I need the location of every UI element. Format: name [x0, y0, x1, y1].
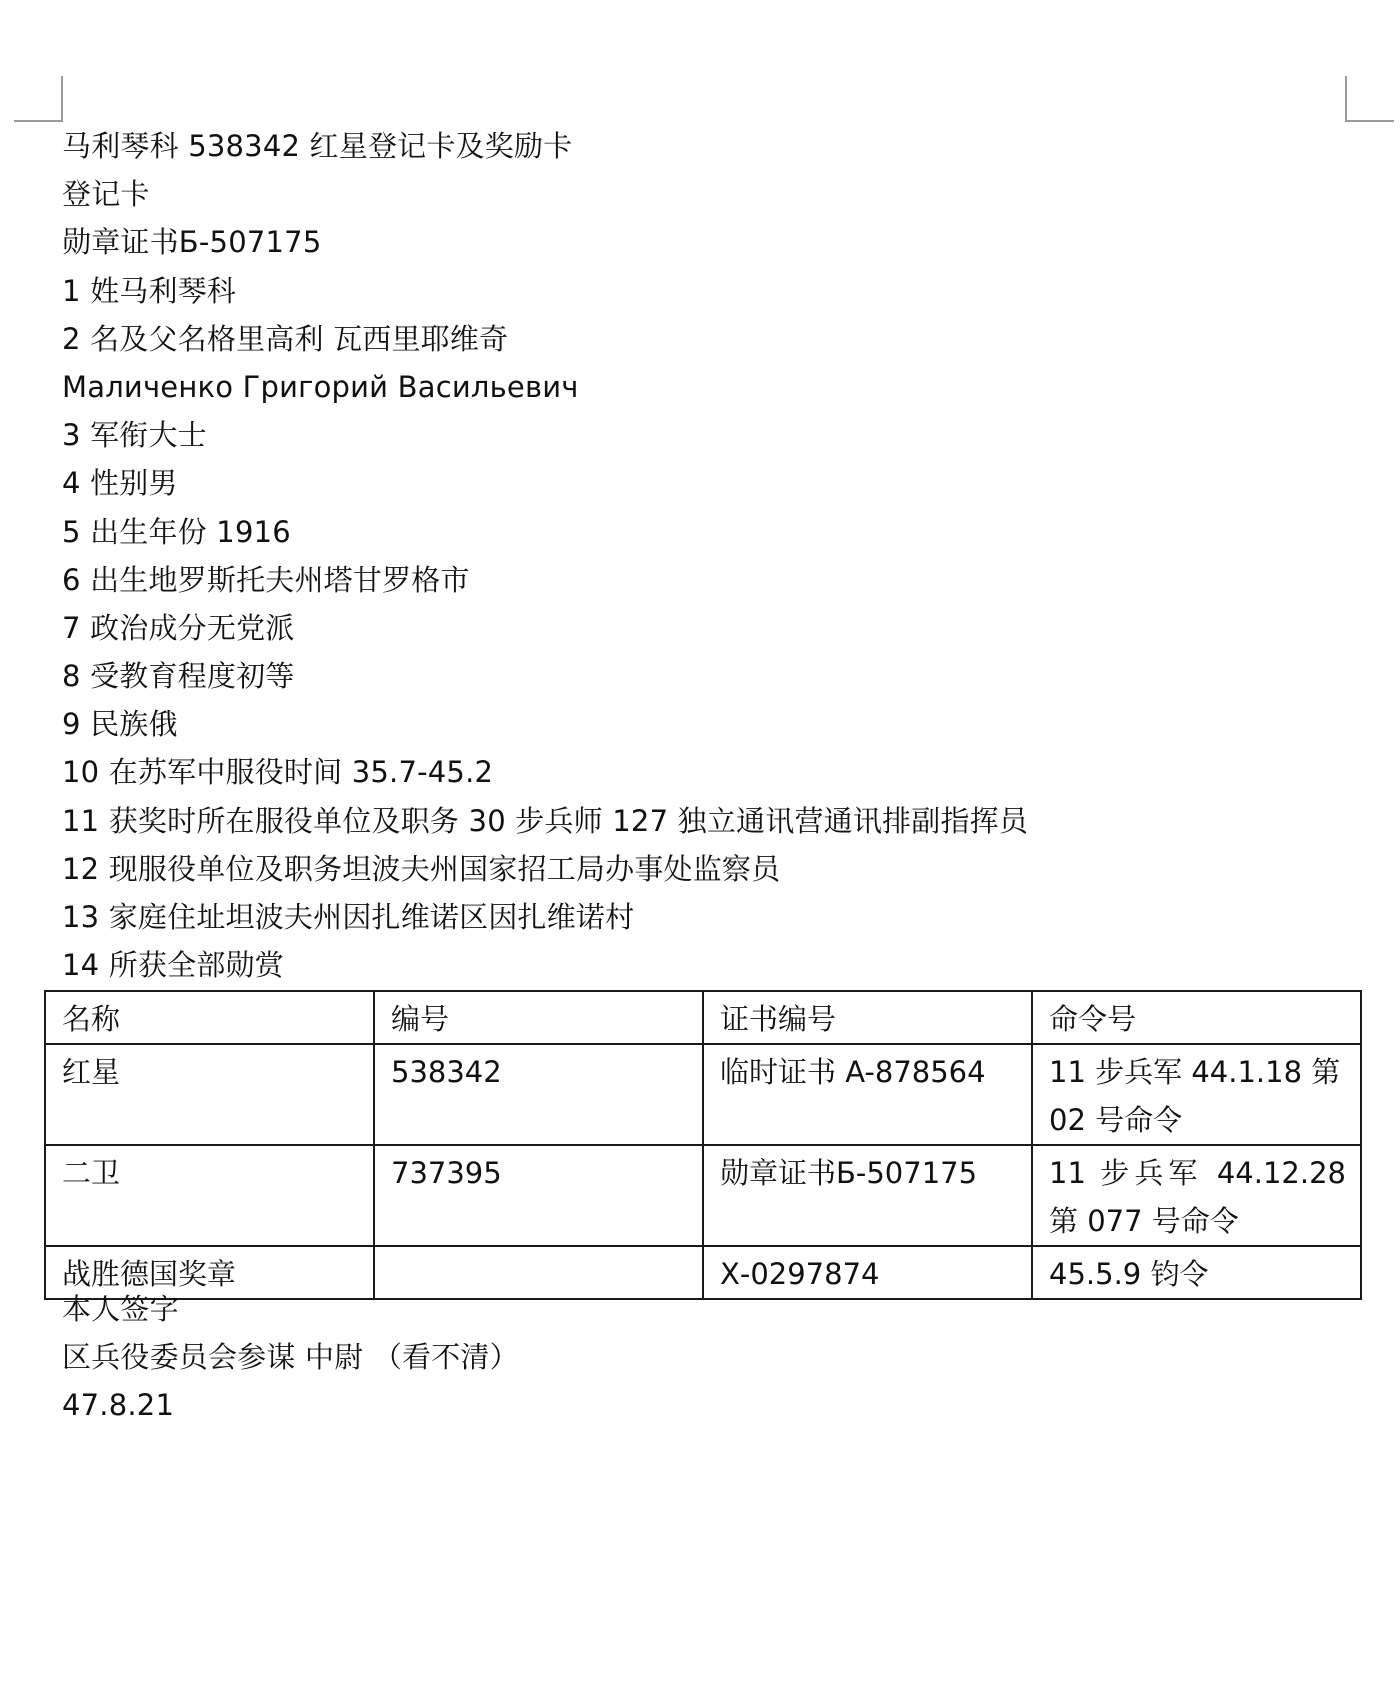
signing-date: 47.8.21 — [62, 1381, 519, 1429]
cell-order: 11 步兵军 44.1.18 第 02 号命令 — [1032, 1044, 1361, 1145]
cell-award-number: 538342 — [374, 1044, 703, 1145]
cell-award-name: 红星 — [45, 1044, 374, 1145]
field-name-russian: Маличенко Григорий Васильевич — [62, 363, 1028, 411]
column-header-certificate: 证书编号 — [703, 991, 1032, 1044]
field-service-period: 10 在苏军中服役时间 35.7-45.2 — [62, 748, 1028, 796]
field-home-address: 13 家庭住址坦波夫州因扎维诺区因扎维诺村 — [62, 893, 1028, 941]
cell-certificate: 临时证书 A-878564 — [703, 1044, 1032, 1145]
cell-order: 11 步兵军 44.12.28 第 077 号命令 — [1032, 1145, 1361, 1246]
field-rank: 3 军衔大士 — [62, 411, 1028, 459]
document-title: 马利琴科 538342 红星登记卡及奖励卡 — [62, 122, 1028, 170]
signing-officer: 区兵役委员会参谋 中尉 （看不清） — [62, 1333, 519, 1381]
field-gender: 4 性别男 — [62, 459, 1028, 507]
signature-label: 本人签字 — [62, 1285, 519, 1333]
cell-award-name: 二卫 — [45, 1145, 374, 1246]
field-surname: 1 姓马利琴科 — [62, 267, 1028, 315]
column-header-order: 命令号 — [1032, 991, 1361, 1044]
certificate-number: 勋章证书Б-507175 — [62, 218, 1028, 266]
page-corner-mark-top-left — [14, 76, 63, 122]
field-all-awards: 14 所获全部勋赏 — [62, 941, 1028, 989]
field-unit-at-award: 11 获奖时所在服役单位及职务 30 步兵师 127 独立通讯营通讯排副指挥员 — [62, 797, 1028, 845]
cell-award-number: 737395 — [374, 1145, 703, 1246]
cell-certificate: Х-0297874 — [703, 1246, 1032, 1299]
field-nationality: 9 民族俄 — [62, 700, 1028, 748]
table-row: 二卫 737395 勋章证书Б-507175 11 步兵军 44.12.28 第… — [45, 1145, 1361, 1246]
field-birth-year: 5 出生年份 1916 — [62, 508, 1028, 556]
page-corner-mark-top-right — [1345, 76, 1394, 122]
document-body: 马利琴科 538342 红星登记卡及奖励卡 登记卡 勋章证书Б-507175 1… — [62, 122, 1028, 989]
document-footer: 本人签字 区兵役委员会参谋 中尉 （看不清） 47.8.21 — [62, 1285, 519, 1430]
table-row: 红星 538342 临时证书 A-878564 11 步兵军 44.1.18 第… — [45, 1044, 1361, 1145]
cell-order: 45.5.9 钧令 — [1032, 1246, 1361, 1299]
awards-table: 名称 编号 证书编号 命令号 红星 538342 临时证书 A-878564 1… — [44, 990, 1362, 1300]
table-header-row: 名称 编号 证书编号 命令号 — [45, 991, 1361, 1044]
field-name-patronymic: 2 名及父名格里高利 瓦西里耶维奇 — [62, 315, 1028, 363]
section-heading-registration-card: 登记卡 — [62, 170, 1028, 218]
column-header-number: 编号 — [374, 991, 703, 1044]
field-party: 7 政治成分无党派 — [62, 604, 1028, 652]
cell-certificate: 勋章证书Б-507175 — [703, 1145, 1032, 1246]
field-current-unit: 12 现服役单位及职务坦波夫州国家招工局办事处监察员 — [62, 845, 1028, 893]
field-education: 8 受教育程度初等 — [62, 652, 1028, 700]
field-birthplace: 6 出生地罗斯托夫州塔甘罗格市 — [62, 556, 1028, 604]
column-header-name: 名称 — [45, 991, 374, 1044]
